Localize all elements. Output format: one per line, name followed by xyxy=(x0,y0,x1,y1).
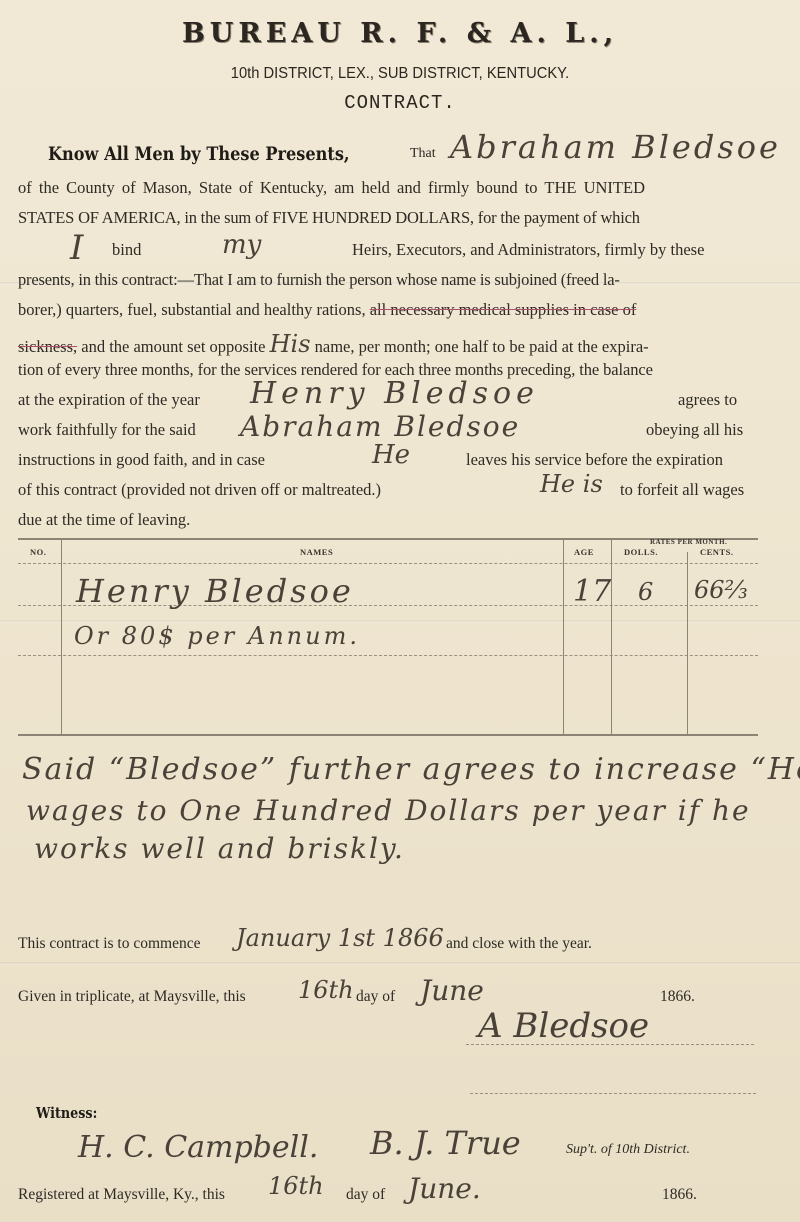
superintendent-signature: B. J. True xyxy=(370,1124,521,1162)
employer-name-handwritten-2: Abraham Bledsoe xyxy=(240,410,520,443)
given-label: Given in triplicate, at Maysville, this xyxy=(18,988,246,1006)
col-header-names: NAMES xyxy=(300,547,333,557)
body-line-10-b: leaves his service before the expiration xyxy=(466,450,723,470)
commence-label: This contract is to commence xyxy=(18,935,201,953)
body-line-8-a: at the expiration of the year xyxy=(18,390,200,410)
body-bind-word: bind xyxy=(112,240,141,260)
body-line-1: of the County of Mason, State of Kentuck… xyxy=(18,178,645,198)
body-line-11-b: to forfeit all wages xyxy=(620,480,744,500)
registered-day-handwritten: 16th xyxy=(268,1172,324,1200)
preamble-that: That xyxy=(410,146,436,162)
employer-name-handwritten: Abraham Bledsoe xyxy=(450,128,781,166)
body-line-6: sickness, and the amount set opposite Hi… xyxy=(18,330,649,358)
body-line-5-text: borer,) quarters, fuel, substantial and … xyxy=(18,300,366,319)
given-year: 1866. xyxy=(660,988,695,1006)
preamble-gothic: Know All Men by These Presents, xyxy=(48,143,350,165)
his-handwritten: His xyxy=(270,330,311,358)
body-line-2: STATES OF AMERICA, in the sum of FIVE HU… xyxy=(18,208,640,228)
addendum-line-1: Said “Bledsoe” further agrees to increas… xyxy=(22,752,800,787)
table-row-1-cents: 66⅔ xyxy=(694,576,748,604)
district-subtitle: 10th DISTRICT, LEX., SUB DISTRICT, KENTU… xyxy=(32,65,768,83)
signature-line xyxy=(470,1093,756,1094)
body-line-9-b: obeying all his xyxy=(646,420,743,440)
body-line-4: presents, in this contract:—That I am to… xyxy=(18,270,620,290)
given-month-handwritten: June xyxy=(420,974,484,1007)
addendum-line-2: wages to One Hundred Dollars per year if… xyxy=(26,794,751,827)
struck-medical-clause: all necessary medical supplies in case o… xyxy=(370,300,637,319)
given-day-of: day of xyxy=(356,988,395,1006)
table-row-1-name: Henry Bledsoe xyxy=(76,572,354,610)
paper-fold xyxy=(0,962,800,965)
commence-tail: and close with the year. xyxy=(446,935,592,953)
commence-date-handwritten: January 1st 1866 xyxy=(236,924,444,952)
he-handwritten: He xyxy=(372,440,410,470)
registered-day-of: day of xyxy=(346,1186,385,1204)
table-row-1-dolls: 6 xyxy=(638,578,653,606)
registered-year: 1866. xyxy=(662,1186,697,1204)
addendum-line-3: works well and briskly. xyxy=(34,832,405,865)
col-header-rates: RATES PER MONTH. xyxy=(650,538,727,546)
signature-line xyxy=(466,1044,754,1045)
table-row-2-note: Or 80$ per Annum. xyxy=(74,622,360,650)
col-header-cents: CENTS. xyxy=(700,547,733,557)
witness-label: Witness: xyxy=(36,1104,97,1122)
col-header-dolls: DOLLS. xyxy=(624,547,658,557)
bureau-title: BUREAU R. F. & A. L., xyxy=(0,18,800,49)
body-line-11-a: of this contract (provided not driven of… xyxy=(18,480,381,500)
laborer-name-handwritten: Henry Bledsoe xyxy=(250,376,539,411)
pronoun-i-handwritten: I xyxy=(70,228,83,268)
body-line-6-text-b: name, per month; one half to be paid at … xyxy=(315,337,649,356)
body-line-5: borer,) quarters, fuel, substantial and … xyxy=(18,300,636,320)
body-line-9-a: work faithfully for the said xyxy=(18,420,196,440)
pronoun-my-handwritten: my xyxy=(222,230,261,260)
he-is-handwritten: He is xyxy=(540,470,603,498)
body-line-3-rest: Heirs, Executors, and Administrators, fi… xyxy=(352,240,704,260)
laborer-table: NO. NAMES AGE RATES PER MONTH. DOLLS. CE… xyxy=(18,538,758,736)
registered-month-handwritten: June. xyxy=(408,1172,481,1205)
employer-signature: A Bledsoe xyxy=(478,1006,649,1046)
body-line-6-text-a: and the amount set opposite xyxy=(81,337,265,356)
struck-sickness: sickness, xyxy=(18,337,77,356)
body-line-8-b: agrees to xyxy=(678,390,737,410)
contract-heading: CONTRACT. xyxy=(0,92,800,114)
col-header-no: NO. xyxy=(30,547,46,557)
body-line-10-a: instructions in good faith, and in case xyxy=(18,450,265,470)
witness-signature: H. C. Campbell. xyxy=(78,1130,318,1165)
table-row-1-age: 17 xyxy=(573,574,611,609)
col-header-age: AGE xyxy=(574,547,594,557)
given-day-handwritten: 16th xyxy=(298,976,354,1004)
body-line-12: due at the time of leaving. xyxy=(18,510,190,530)
superintendent-title: Sup't. of 10th District. xyxy=(566,1142,690,1158)
registered-label: Registered at Maysville, Ky., this xyxy=(18,1186,225,1204)
